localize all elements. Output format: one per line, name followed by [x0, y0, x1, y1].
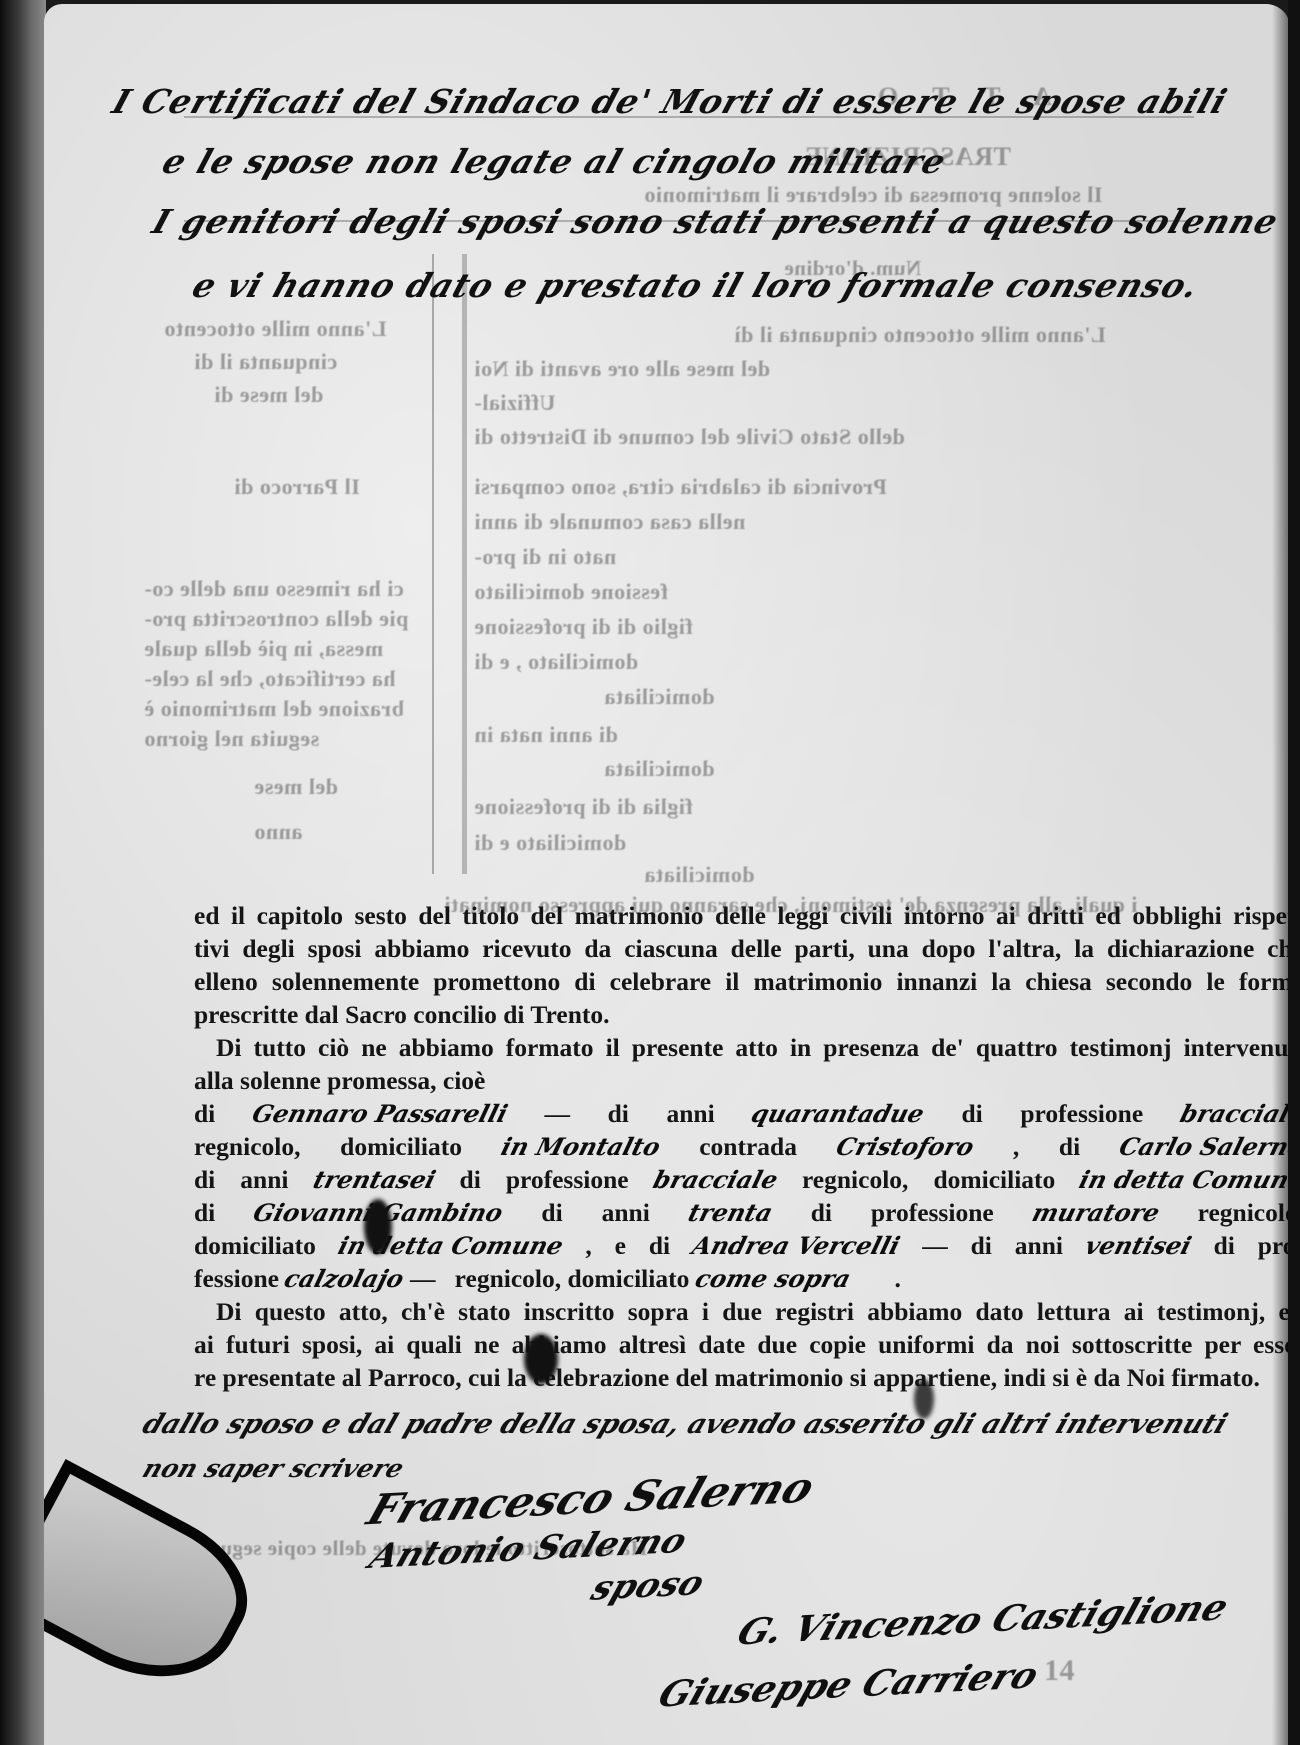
witness-profession-field: muratore	[1028, 1196, 1163, 1229]
handwritten-header-line: e vi hanno dato e prestato il loro forma…	[188, 266, 1204, 305]
witness-line-6: fessione calzolajo — regnicolo, domicili…	[194, 1262, 1290, 1295]
bleed-right-line: figlio di di professione	[474, 614, 693, 640]
bleed-right-line: nella casa comunale di anni	[474, 509, 745, 535]
ink-blot	[364, 1199, 392, 1254]
bleed-right-line: domiciliata	[644, 862, 755, 888]
witness-age-field: ventisei	[1081, 1229, 1195, 1262]
bleed-right-line: nato in di pro-	[474, 544, 616, 570]
bleed-left-line: messa, in piè della quale	[144, 636, 383, 662]
bleed-right-line: figlia di di professione	[474, 794, 693, 820]
witness-name-field: Carlo Salerno	[1115, 1130, 1290, 1163]
witness-name-field: Andrea Vercelli	[689, 1229, 904, 1262]
bleed-left-line: anno	[254, 819, 302, 845]
closing-line: ai futuri sposi, ai quali ne abbiamo alt…	[194, 1328, 1290, 1361]
handwritten-header-line: I genitori degli sposi sono stati presen…	[148, 202, 1290, 241]
bleed-right-line: domiciliato e di	[474, 830, 626, 856]
witness-profession-field: bracciale	[1176, 1097, 1290, 1130]
witness-name-field: Gennaro Passarelli	[248, 1097, 511, 1130]
bleed-left-line: brazione del matrimonio è	[144, 696, 404, 722]
bleed-left-line: ci ha rimesso una delle co-	[144, 576, 404, 602]
signature: G. Vincenzo Castiglione	[732, 1587, 1234, 1654]
bleed-left-line: L'anno mille ottocento	[164, 316, 386, 342]
bleed-right-line: del mese alle ore avanti di Noi	[474, 356, 770, 382]
column-divider	[432, 254, 434, 874]
bleed-left-line: Il Parroco di	[234, 474, 360, 500]
witness-residence-field: in detta Comune	[1076, 1163, 1290, 1196]
signature: Francesco Salerno	[361, 1463, 821, 1535]
witness-profession-field: bracciale	[649, 1163, 781, 1196]
witness-profession-field: calzolajo	[281, 1262, 408, 1295]
column-divider-shadow	[462, 254, 467, 874]
bleed-left-line: seguita nel giorno	[144, 726, 319, 752]
handwritten-footer-line: non saper scrivere	[139, 1454, 408, 1483]
witness-line-3: di anni trentasei di professione braccia…	[194, 1163, 1290, 1196]
document-page: A T T O TRASCRIZIONE Il solenne promessa…	[44, 4, 1290, 1745]
bleed-left-line: del mese di	[214, 382, 323, 408]
book-spine	[0, 0, 46, 1745]
bleed-right-line: Provincia di calabria citra, sono compar…	[474, 474, 887, 500]
witness-line-2: regnicolo, domiciliato in Montalto contr…	[194, 1130, 1290, 1163]
printed-body: ed il capitolo sesto del titolo del matr…	[194, 899, 1290, 1394]
handwritten-header-line: I Certificati del Sindaco de' Morti di e…	[108, 82, 1233, 121]
witness-intro-2: alla solenne promessa, cioè	[194, 1064, 1290, 1097]
bleed-right-line: Uffizial-	[474, 390, 555, 416]
witness-intro: Di tutto ciò ne abbiamo formato il prese…	[194, 1031, 1290, 1064]
bleed-right-line: fessione domiciliato	[474, 579, 668, 605]
handwritten-footer-line: dallo sposo e dal padre della sposa, ave…	[138, 1409, 1231, 1440]
witness-residence-field: in Montalto	[497, 1130, 664, 1163]
bleed-right-line: di anni nata in	[474, 722, 618, 748]
witness-street-field: Cristoforo	[832, 1130, 977, 1163]
body-line: elleno solennemente promettono di celebr…	[194, 965, 1290, 998]
signature: Giuseppe Carriero	[653, 1654, 1044, 1715]
bleed-right-line: domiciliata	[604, 684, 715, 710]
witness-line-5: domiciliato in detta Comune , e di Andre…	[194, 1229, 1290, 1262]
signature: sposo	[586, 1563, 710, 1609]
closing-line: re presentate al Parroco, cui la celebra…	[194, 1361, 1290, 1394]
bleed-left-line: ha certificato, che la cele-	[144, 666, 396, 692]
bleed-right-line: domiciliata	[604, 756, 715, 782]
finger-holding-page	[44, 1459, 270, 1711]
bleed-right-line: domiciliato , e di	[474, 649, 638, 675]
page-mark: 14	[1044, 1654, 1075, 1688]
witness-age-field: trenta	[684, 1196, 776, 1229]
bleed-right-line: L'anno mille ottocento cinquanta il dì	[734, 322, 1106, 348]
body-line: prescritte dal Sacro concilio di Trento.	[194, 998, 1290, 1031]
bleed-left-line: cinquanta il di	[194, 349, 337, 375]
bleed-right-line: dello Stato Civile del comune di Distret…	[474, 424, 905, 450]
witness-line-4: di Giovanni Gambino di anni trenta di pr…	[194, 1196, 1290, 1229]
witness-residence-field: come sopra	[691, 1262, 854, 1295]
bleed-left-line: del mese	[254, 774, 338, 800]
closing-line: Di questo atto, ch'è stato inscritto sop…	[194, 1295, 1290, 1328]
witness-age-field: trentasei	[309, 1163, 439, 1196]
ink-blot	[524, 1334, 558, 1384]
handwritten-header-line: e le spose non legate al cingolo militar…	[158, 142, 952, 181]
body-line: tivi degli sposi abbiamo ricevuto da cia…	[194, 932, 1290, 965]
witness-age-field: quarantadue	[748, 1097, 928, 1130]
bleed-left-line: pie della controscritta pro-	[144, 606, 408, 632]
body-line: ed il capitolo sesto del titolo del matr…	[194, 899, 1290, 932]
scan-edge	[1288, 0, 1300, 1745]
witness-line-1: di Gennaro Passarelli — di anni quaranta…	[194, 1097, 1290, 1130]
